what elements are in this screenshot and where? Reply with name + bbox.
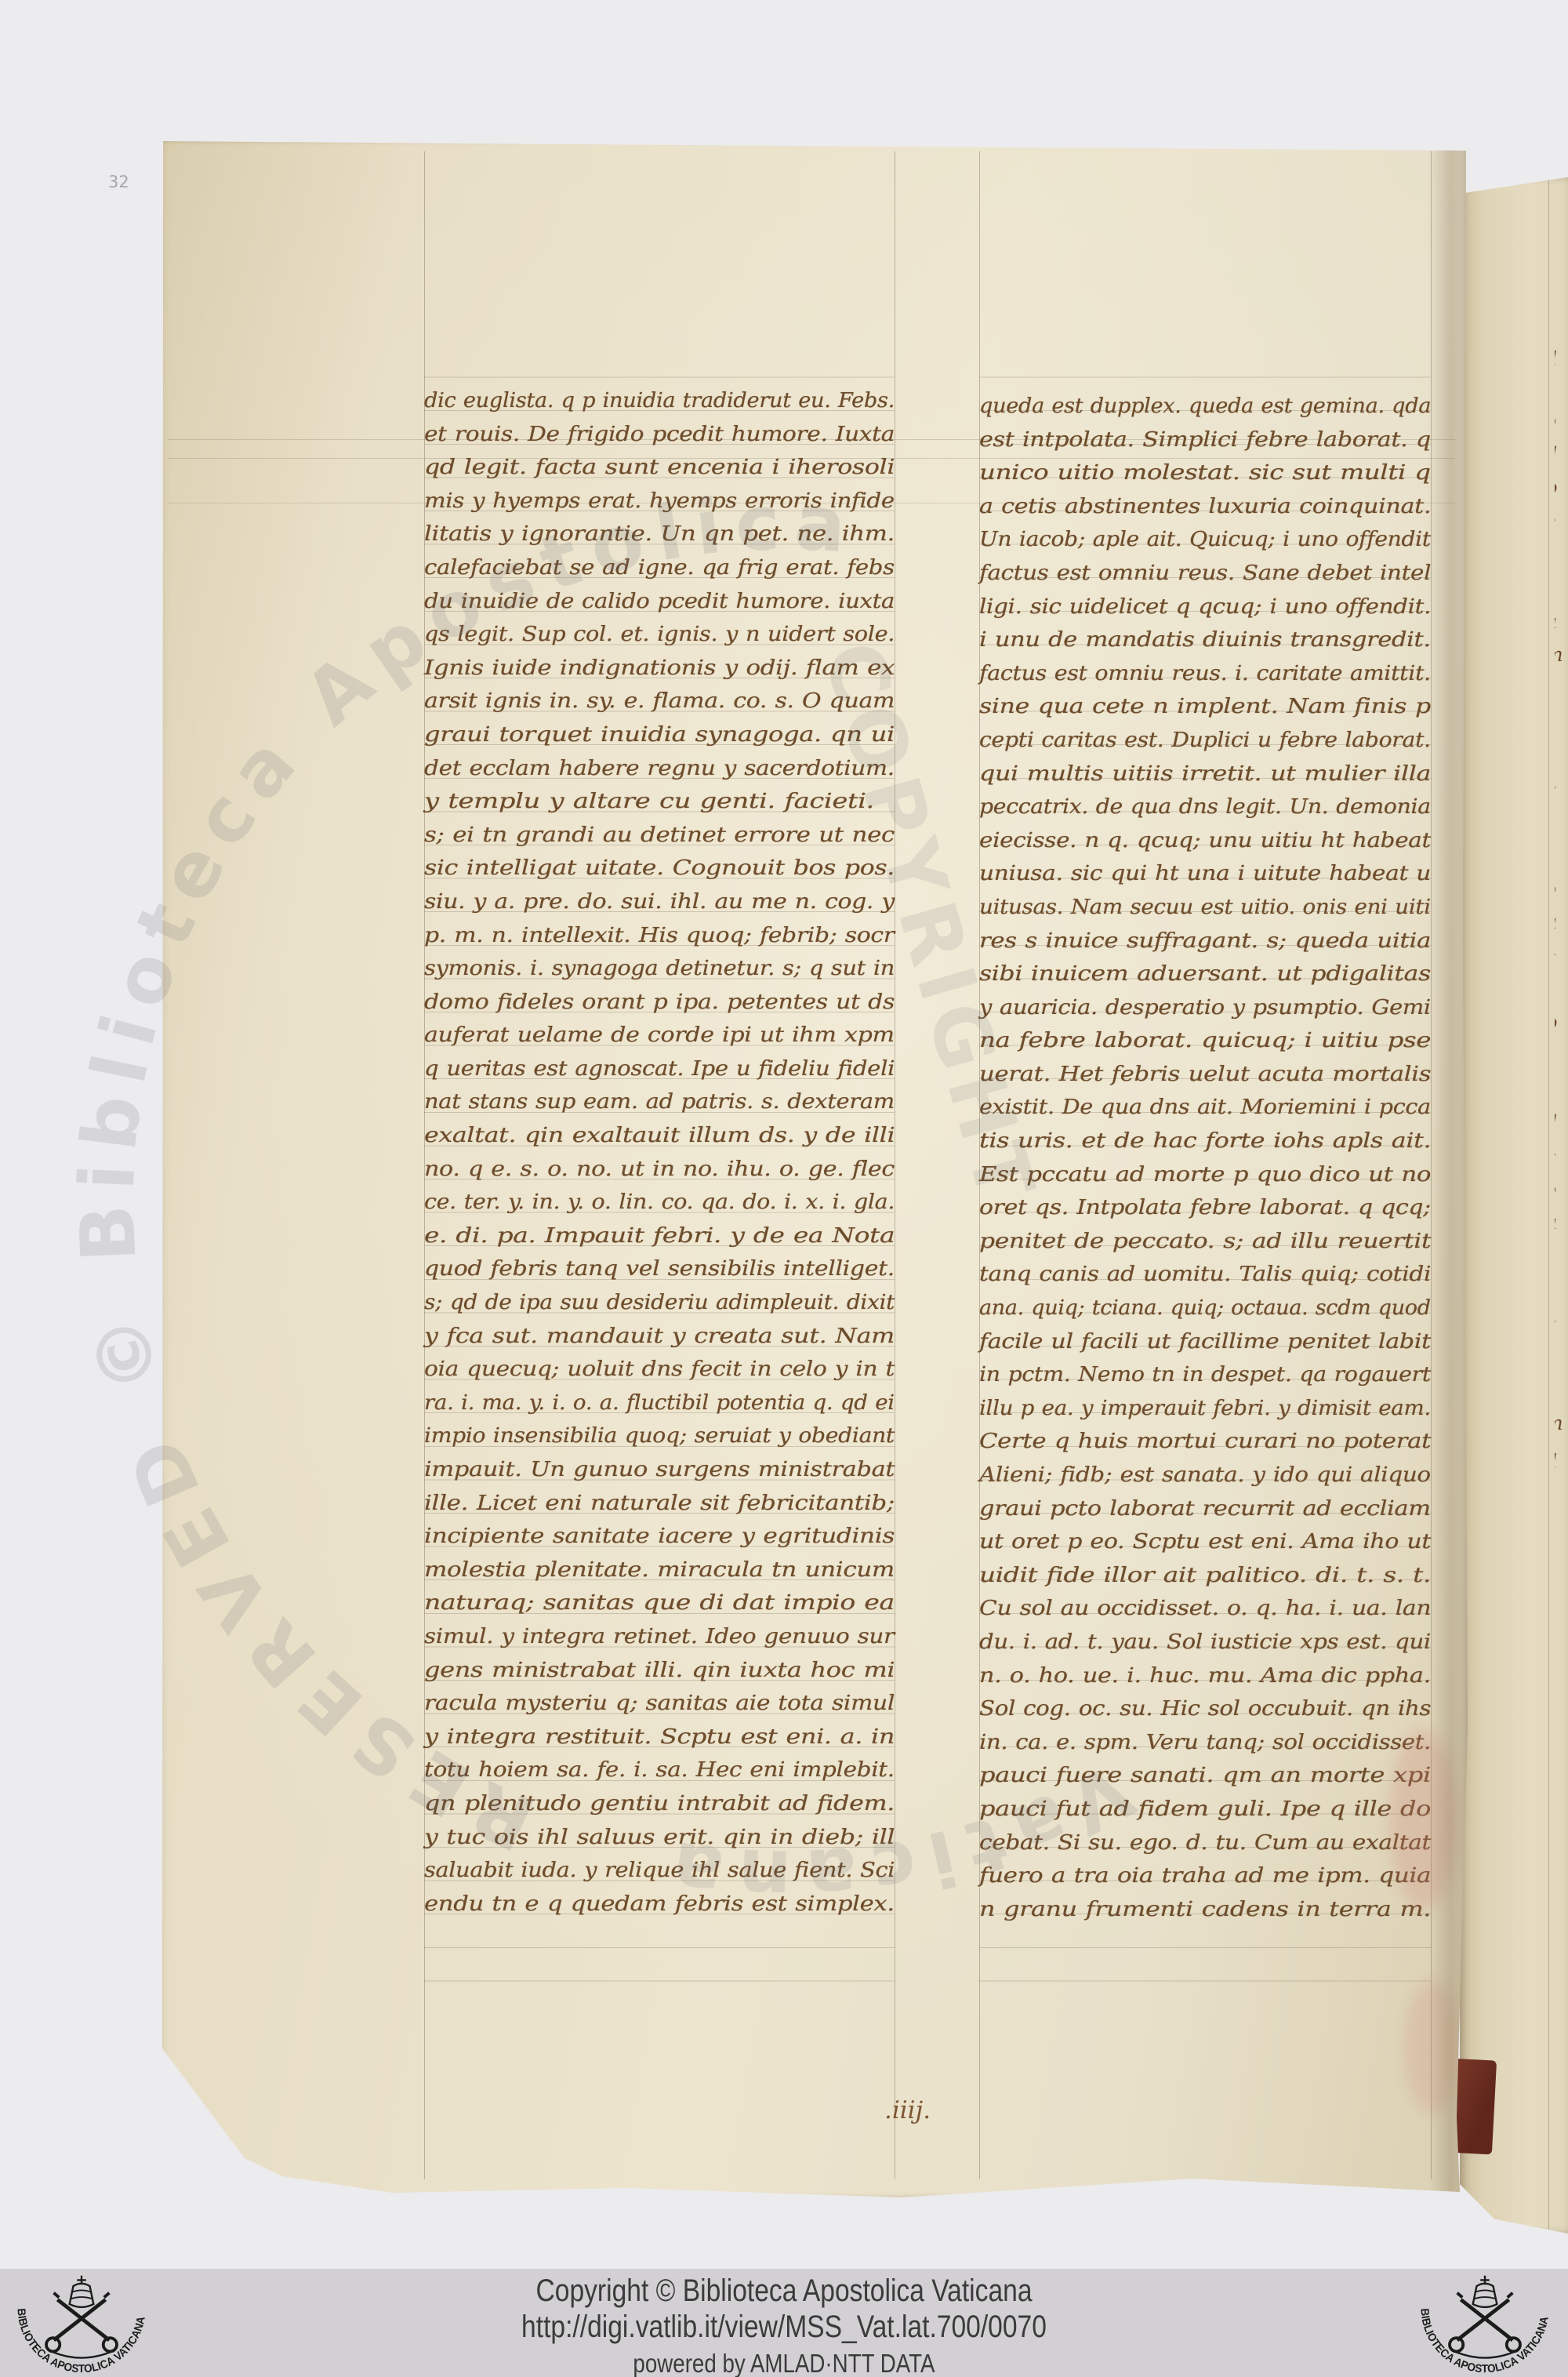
manuscript-line: tanq canis ad uomitu. Talis quiq; cotidi <box>979 1258 1431 1292</box>
manuscript-line: in. ca. e. spm. Veru tanq; sol occidisse… <box>979 1726 1431 1760</box>
manuscript-line: ligi. sic uidelicet q qcuq; i uno offend… <box>979 591 1431 624</box>
manuscript-line: racula mysteriu q; sanitas aie tota simu… <box>424 1687 895 1721</box>
manuscript-line: in pctm. Nemo tn in despet. qa rogauert <box>979 1358 1431 1392</box>
manuscript-line: e. di. pa. Impauit febri. y de ea Nota <box>424 1219 895 1253</box>
footer-copyright: Copyright © Biblioteca Apostolica Vatica… <box>125 2273 1443 2309</box>
manuscript-line: i unu de mandatis diuinis transgredit. <box>979 623 1431 657</box>
manuscript-line: siu. y a. pre. do. sui. ihl. au me n. co… <box>424 885 895 919</box>
manuscript-line: calefaciebat se ad igne. qa frig erat. f… <box>424 551 895 585</box>
pencil-margin-note: 32 <box>108 173 129 191</box>
manuscript-line: gens ministrabat illi. qin iuxta hoc mi <box>424 1654 895 1688</box>
manuscript-line: cebat. Si su. ego. d. tu. Cum au exaltat <box>979 1826 1431 1860</box>
right-text-column: queda est dupplex. queda est gemina. qda… <box>979 390 1431 1926</box>
manuscript-line: qd legit. facta sunt encenia i iherosoli <box>424 451 895 485</box>
manuscript-line: simul. y integra retinet. Ideo genuuo su… <box>424 1620 895 1654</box>
manuscript-line: peccatrix. de qua dns legit. Un. demonia <box>979 791 1431 824</box>
manuscript-line: existit. De qua dns ait. Moriemini i pcc… <box>979 1091 1431 1125</box>
manuscript-line: symonis. i. synagoga detinetur. s; q sut… <box>424 952 895 986</box>
manuscript-line: Alieni; fidb; est sanata. y ido qui aliq… <box>979 1459 1431 1492</box>
manuscript-line: graui pcto laborat recurrit ad eccliam <box>979 1492 1431 1526</box>
manuscript-line: s; qd de ipa suu desideriu adimpleuit. d… <box>424 1286 895 1320</box>
manuscript-line: penitet de peccato. s; ad illu reuertit <box>979 1225 1431 1259</box>
manuscript-line: uniusa. sic qui ht una i uitute habeat u <box>979 857 1431 891</box>
manuscript-line: ut oret p eo. Scptu est eni. Ama iho ut <box>979 1525 1431 1559</box>
manuscript-line: Est pccatu ad morte p quo dico ut no <box>979 1158 1431 1192</box>
manuscript-line: uidit fide illor ait palitico. di. t. s.… <box>979 1559 1431 1593</box>
next-folio-text-fragments: q s o d p e a t u m f i r e s a o u e t … <box>1555 338 1568 1946</box>
manuscript-line: no. q e. s. o. no. ut in no. ihu. o. ge.… <box>424 1153 895 1187</box>
manuscript-line: Ignis iuide indignationis y odij. flam e… <box>424 652 895 685</box>
manuscript-line: uerat. Het febris uelut acuta mortalis <box>979 1058 1431 1092</box>
manuscript-line: auferat uelame de corde ipi ut ihm xpm <box>424 1019 895 1052</box>
manuscript-line: n. o. ho. ue. i. huc. mu. Ama dic ppha. <box>979 1659 1431 1693</box>
manuscript-line: qs legit. Sup col. et. ignis. y n uidert… <box>424 618 895 652</box>
manuscript-line: Un iacob; aple ait. Quicuq; i uno offend… <box>979 523 1431 557</box>
manuscript-line: eiecisse. n q. qcuq; unu uitiu ht habeat <box>979 824 1431 858</box>
manuscript-line: factus est omniu reus. Sane debet intel <box>979 557 1431 591</box>
vatican-keys-emblem <box>1450 2276 1520 2358</box>
manuscript-line: oia quecuq; uoluit dns fecit in celo y i… <box>424 1353 895 1387</box>
footer-powered-by: powered by AMLAD·NTT DATA <box>125 2349 1443 2377</box>
vatican-keys-emblem <box>46 2276 117 2358</box>
manuscript-line: factus est omniu reus. i. caritate amitt… <box>979 657 1431 691</box>
footer-bar: Copyright © Biblioteca Apostolica Vatica… <box>0 2269 1568 2377</box>
manuscript-line: s; ei tn grandi au detinet errore ut nec <box>424 819 895 852</box>
manuscript-page: dic euglista. q p inuidia tradiderut eu.… <box>157 137 1471 2201</box>
manuscript-line: unico uitio molestat. sic sut multi q <box>979 456 1431 490</box>
manuscript-line: du. i. ad. t. yau. Sol iusticie xps est.… <box>979 1626 1431 1659</box>
manuscript-line: mis y hyemps erat. hyemps erroris infide <box>424 485 895 518</box>
manuscript-line: Certe q huis mortui curari no poterat <box>979 1425 1431 1459</box>
manuscript-line: impauit. Un gunuo surgens ministrabat <box>424 1453 895 1487</box>
manuscript-line: sic intelligat uitate. Cognouit bos pos. <box>424 852 895 885</box>
next-folio-sliver: q s o d p e a t u m f i r e s a o u e t … <box>1460 177 1568 2233</box>
manuscript-line: graui torquet inuidia synagoga. qn ui <box>424 718 895 752</box>
manuscript-line: arsit ignis in. sy. e. flama. co. s. O q… <box>424 685 895 718</box>
manuscript-line: Cu sol au occidisset. o. q. ha. i. ua. l… <box>979 1592 1431 1626</box>
manuscript-line: y templu y altare cu genti. facieti. <box>424 785 895 819</box>
left-text-column: dic euglista. q p inuidia tradiderut eu.… <box>424 384 895 1921</box>
manuscript-line: et rouis. De frigido pcedit humore. Iuxt… <box>424 418 895 452</box>
manuscript-line: est intpolata. Simplici febre laborat. q <box>979 423 1431 457</box>
manuscript-line: tis uris. et de hac forte iohs apls ait. <box>979 1125 1431 1158</box>
manuscript-line: qui multis uitiis irretit. ut mulier ill… <box>979 758 1431 791</box>
quire-signature: .iiij. <box>884 2096 931 2124</box>
manuscript-line: impio insensibilia quoq; seruiat y obedi… <box>424 1419 895 1453</box>
manuscript-line: incipiente sanitate iacere y egritudinis <box>424 1520 895 1554</box>
manuscript-line: y fca sut. mandauit y creata sut. Nam <box>424 1320 895 1354</box>
manuscript-line: queda est dupplex. queda est gemina. qda <box>979 390 1431 423</box>
manuscript-line: saluabit iuda. y relique ihl salue fient… <box>424 1854 895 1888</box>
manuscript-line: uitusas. Nam secuu est uitio. onis eni u… <box>979 891 1431 925</box>
manuscript-line: ra. i. ma. y. i. o. a. fluctibil potenti… <box>424 1387 895 1420</box>
manuscript-line: p. m. n. intellexit. His quoq; febrib; s… <box>424 919 895 953</box>
manuscript-line: qn plenitudo gentiu intrabit ad fidem. <box>424 1787 895 1821</box>
manuscript-viewer-page: q s o d p e a t u m f i r e s a o u e t … <box>0 0 1568 2377</box>
vatican-library-logo-left: BIBLIOTECA APOSTOLICA VATICANA <box>3 2271 160 2376</box>
manuscript-line: ille. Licet eni naturale sit febricitant… <box>424 1487 895 1521</box>
manuscript-line: na febre laborat. quicuq; i uitiu pse <box>979 1024 1431 1058</box>
manuscript-line: naturaq; sanitas que di dat impio ea <box>424 1586 895 1620</box>
manuscript-line: y integra restituit. Scptu est eni. a. i… <box>424 1721 895 1754</box>
manuscript-line: res s inuice suffragant. s; queda uitia <box>979 925 1431 958</box>
manuscript-line: nat stans sup eam. ad patris. s. dextera… <box>424 1085 895 1119</box>
manuscript-line: ce. ter. y. in. y. o. lin. co. qa. do. i… <box>424 1186 895 1219</box>
manuscript-line: litatis y ignorantie. Un qn pet. ne. ihm… <box>424 518 895 551</box>
manuscript-line: cepti caritas est. Duplici u febre labor… <box>979 724 1431 758</box>
manuscript-line: oret qs. Intpolata febre laborat. q qcq; <box>979 1191 1431 1225</box>
manuscript-line: exaltat. qin exaltauit illum ds. y de il… <box>424 1119 895 1153</box>
manuscript-line: facile ul facili ut facillime penitet la… <box>979 1325 1431 1359</box>
manuscript-line: a cetis abstinentes luxuria coinquinat. <box>979 490 1431 524</box>
pink-stain <box>1405 1980 1460 2113</box>
manuscript-line: y tuc ois ihl saluus erit. qin in dieb; … <box>424 1821 895 1855</box>
manuscript-line: illu p ea. y imperauit febri. y dimisit … <box>979 1392 1431 1426</box>
manuscript-line: dic euglista. q p inuidia tradiderut eu.… <box>424 384 895 418</box>
manuscript-line: totu hoiem sa. fe. i. sa. Hec eni impleb… <box>424 1754 895 1787</box>
manuscript-line: sine qua cete n implent. Nam finis p <box>979 690 1431 724</box>
footer-url: http://digi.vatlib.it/view/MSS_Vat.lat.7… <box>125 2310 1443 2345</box>
vatican-library-logo-right: BIBLIOTECA APOSTOLICA VATICANA <box>1406 2271 1563 2376</box>
manuscript-line: fuero a tra oia traha ad me ipm. quia <box>979 1859 1431 1893</box>
manuscript-line: ana. quiq; tciana. quiq; octaua. scdm qu… <box>979 1292 1431 1325</box>
manuscript-line: Sol cog. oc. su. Hic sol occubuit. qn ih… <box>979 1692 1431 1726</box>
manuscript-line: pauci fuere sanati. qm an morte xpi <box>979 1759 1431 1793</box>
manuscript-line: q ueritas est agnoscat. Ipe u fideliu fi… <box>424 1052 895 1086</box>
manuscript-line: det ecclam habere regnu y sacerdotium. <box>424 752 895 786</box>
next-folio-ruling-line <box>1548 177 1549 2233</box>
manuscript-line: sibi inuicem aduersant. ut pdigalitas <box>979 958 1431 991</box>
manuscript-line: quod febris tanq vel sensibilis intellig… <box>424 1252 895 1286</box>
manuscript-line: domo fideles orant p ipa. petentes ut ds <box>424 986 895 1019</box>
manuscript-line: n granu frumenti cadens in terra m. <box>979 1893 1431 1927</box>
manuscript-line: du inuidie de calido pcedit humore. iuxt… <box>424 585 895 619</box>
manuscript-line: pauci fut ad fidem guli. Ipe q ille do <box>979 1793 1431 1826</box>
manuscript-line: endu tn e q quedam febris est simplex. <box>424 1888 895 1921</box>
manuscript-line: molestia plenitate. miracula tn unicum <box>424 1554 895 1587</box>
manuscript-line: y auaricia. desperatio y psumptio. Gemi <box>979 991 1431 1025</box>
